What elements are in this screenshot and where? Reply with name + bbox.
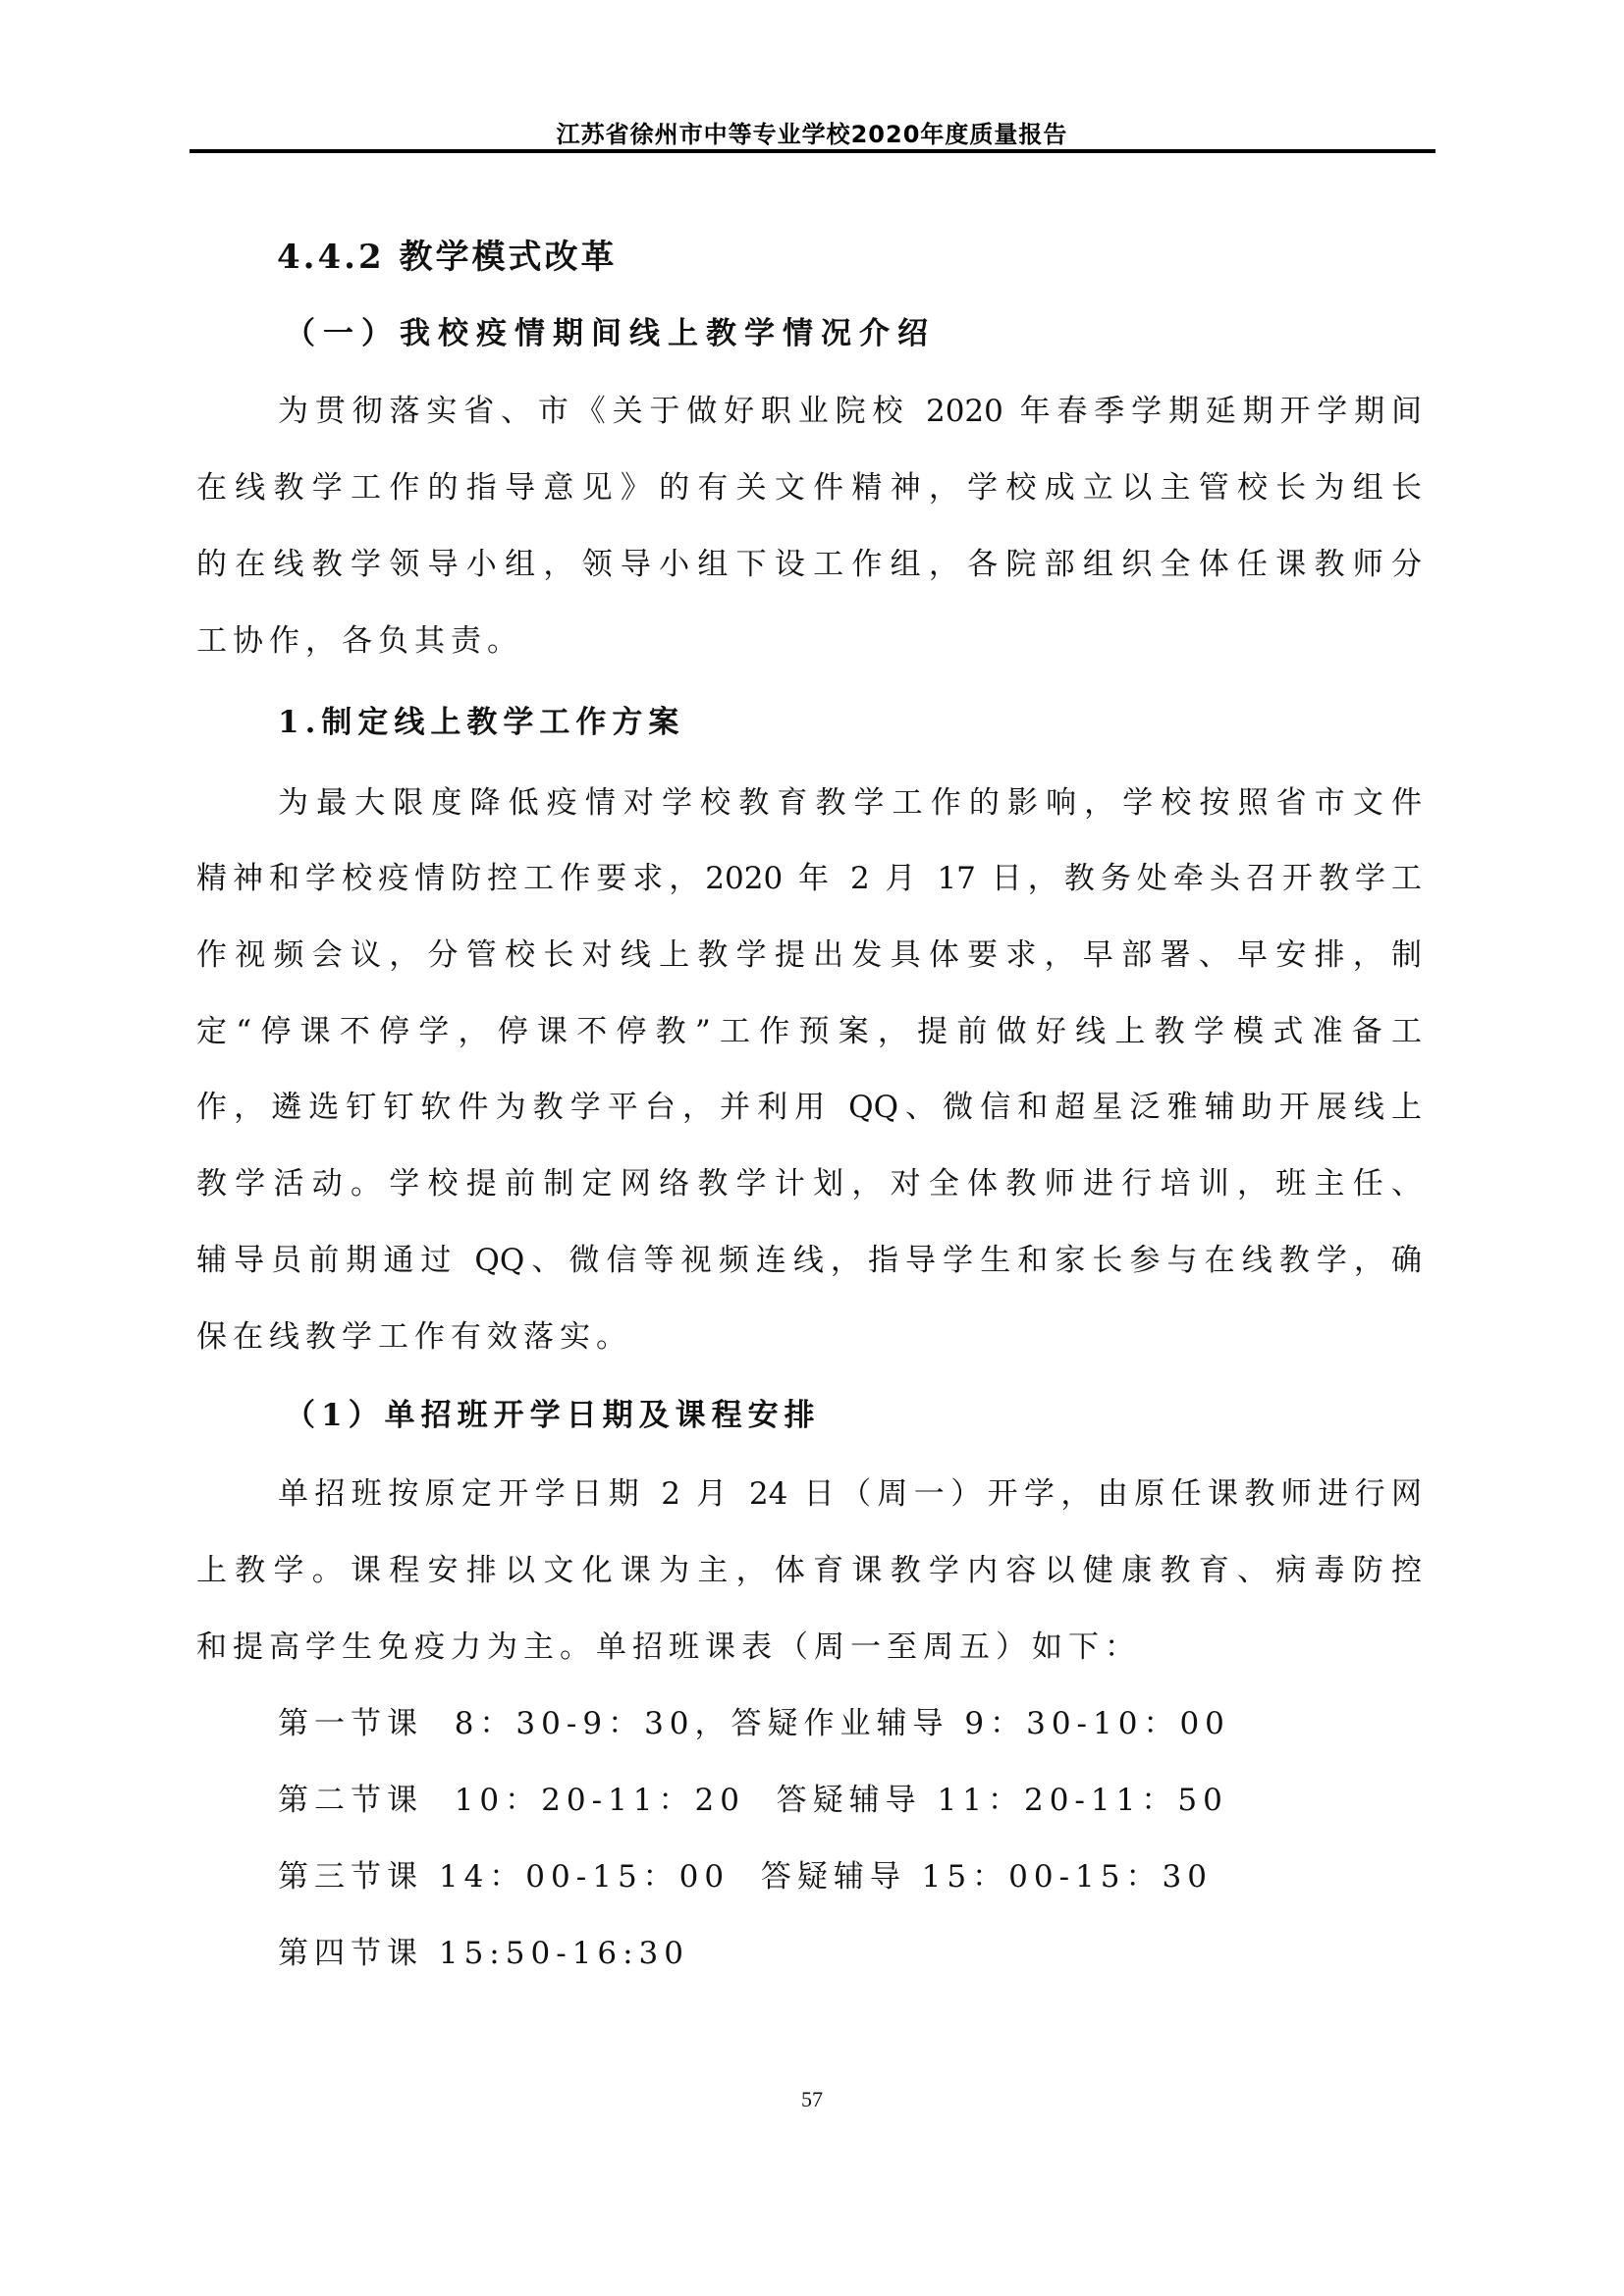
subsection-heading: （一）我校疫情期间线上教学情况介绍 (285, 314, 1429, 353)
paragraph-line: 作，遴选钉钉软件为教学平台，并利用 QQ、微信和超星泛雅辅助开展线上 (196, 1088, 1422, 1127)
item1-heading: 1.制定线上教学工作方案 (278, 703, 1422, 742)
item1-1-heading: （1）单招班开学日期及课程安排 (285, 1396, 1429, 1435)
paragraph-line: 和提高学生免疫力为主。单招班课表（周一至周五）如下： (196, 1628, 1422, 1667)
paragraph-line: 上教学。课程安排以文化课为主，体育课教学内容以健康教育、病毒防控 (196, 1551, 1422, 1590)
schedule-row: 第一节课 8：30-9：30，答疑作业辅导 9：30-10：00 (278, 1704, 1422, 1743)
paragraph-line: 教学活动。学校提前制定网络教学计划，对全体教师进行培训，班主任、 (196, 1164, 1422, 1203)
paragraph-line: 定“停课不停学，停课不停教”工作预案，提前做好线上教学模式准备工 (196, 1012, 1422, 1051)
paragraph-line: 为贯彻落实省、市《关于做好职业院校 2020 年春季学期延期开学期间 (278, 392, 1422, 431)
section-heading: 4.4.2 教学模式改革 (277, 238, 1421, 277)
page-number: 57 (0, 2085, 1624, 2114)
page-header: 江苏省徐州市中等专业学校2020年度质量报告 (0, 120, 1624, 149)
paragraph-line: 单招班按原定开学日期 2 月 24 日（周一）开学，由原任课教师进行网 (278, 1474, 1422, 1514)
paragraph-line: 精神和学校疫情防控工作要求，2020 年 2 月 17 日，教务处牵头召开教学工 (196, 859, 1422, 898)
paragraph-line: 作视频会议，分管校长对线上教学提出发具体要求，早部署、早安排，制 (196, 935, 1422, 975)
schedule-row: 第二节课 10：20-11：20 答疑辅导 11：20-11：50 (278, 1781, 1422, 1820)
paragraph-line: 保在线教学工作有效落实。 (196, 1317, 1422, 1357)
paragraph-line: 工协作，各负其责。 (196, 621, 1422, 661)
schedule-row: 第四节课 15:50-16:30 (278, 1934, 1422, 1973)
paragraph-line: 的在线教学领导小组，领导小组下设工作组，各院部组织全体任课教师分 (196, 545, 1422, 584)
schedule-row: 第三节课 14：00-15：00 答疑辅导 15：00-15：30 (278, 1857, 1422, 1896)
paragraph-line: 辅导员前期通过 QQ、微信等视频连线，指导学生和家长参与在线教学，确 (196, 1241, 1422, 1280)
paragraph-line: 在线教学工作的指导意见》的有关文件精神，学校成立以主管校长为组长 (196, 468, 1422, 507)
paragraph-line: 为最大限度降低疫情对学校教育教学工作的影响，学校按照省市文件 (278, 783, 1422, 823)
header-rule (189, 149, 1435, 153)
